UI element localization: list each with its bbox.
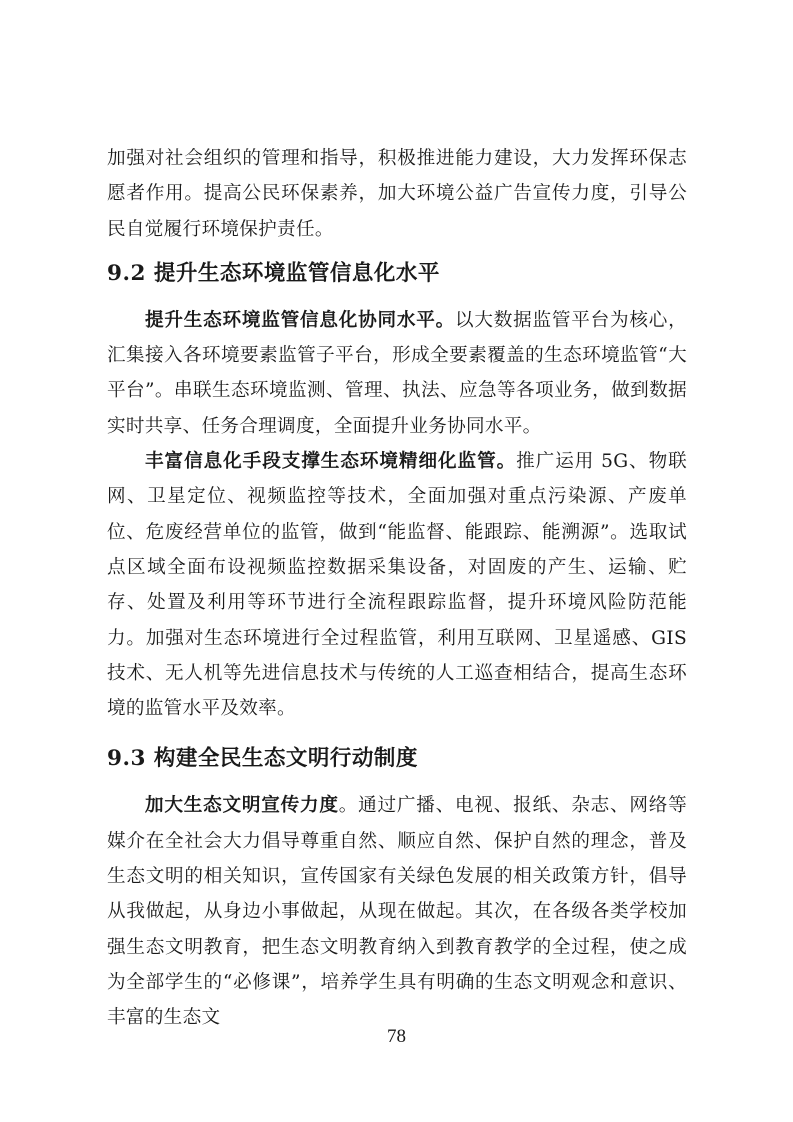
paragraph-lead: 丰富信息化手段支撑生态环境精细化监管。 <box>145 451 516 472</box>
paragraph-monitoring-coordination: 提升生态环境监管信息化协同水平。以大数据监管平台为核心，汇集接入各环境要素监管子… <box>107 303 687 444</box>
document-page: 加强对社会组织的管理和指导，积极推进能力建设，大力发挥环保志愿者作用。提高公民环… <box>0 0 793 1122</box>
page-content: 加强对社会组织的管理和指导，积极推进能力建设，大力发挥环保志愿者作用。提高公民环… <box>107 141 687 1036</box>
paragraph-informatization-means: 丰富信息化手段支撑生态环境精细化监管。推广运用 5G、物联网、卫星定位、视频监控… <box>107 444 687 726</box>
section-heading-9-2: 9.2 提升生态环境监管信息化水平 <box>107 259 687 289</box>
section-heading-9-3: 9.3 构建全民生态文明行动制度 <box>107 744 687 774</box>
paragraph-body: 推广运用 5G、物联网、卫星定位、视频监控等技术，全面加强对重点污染源、产废单位… <box>107 451 687 719</box>
paragraph-body: 。通过广播、电视、报纸、杂志、网络等媒介在全社会大力倡导尊重自然、顺应自然、保护… <box>107 795 687 1028</box>
paragraph-lead: 加大生态文明宣传力度 <box>145 795 339 816</box>
paragraph-ecological-publicity: 加大生态文明宣传力度。通过广播、电视、报纸、杂志、网络等媒介在全社会大力倡导尊重… <box>107 788 687 1035</box>
page-number: 78 <box>0 1026 793 1048</box>
paragraph-lead: 提升生态环境监管信息化协同水平。 <box>145 310 455 331</box>
continued-paragraph: 加强对社会组织的管理和指导，积极推进能力建设，大力发挥环保志愿者作用。提高公民环… <box>107 141 687 247</box>
